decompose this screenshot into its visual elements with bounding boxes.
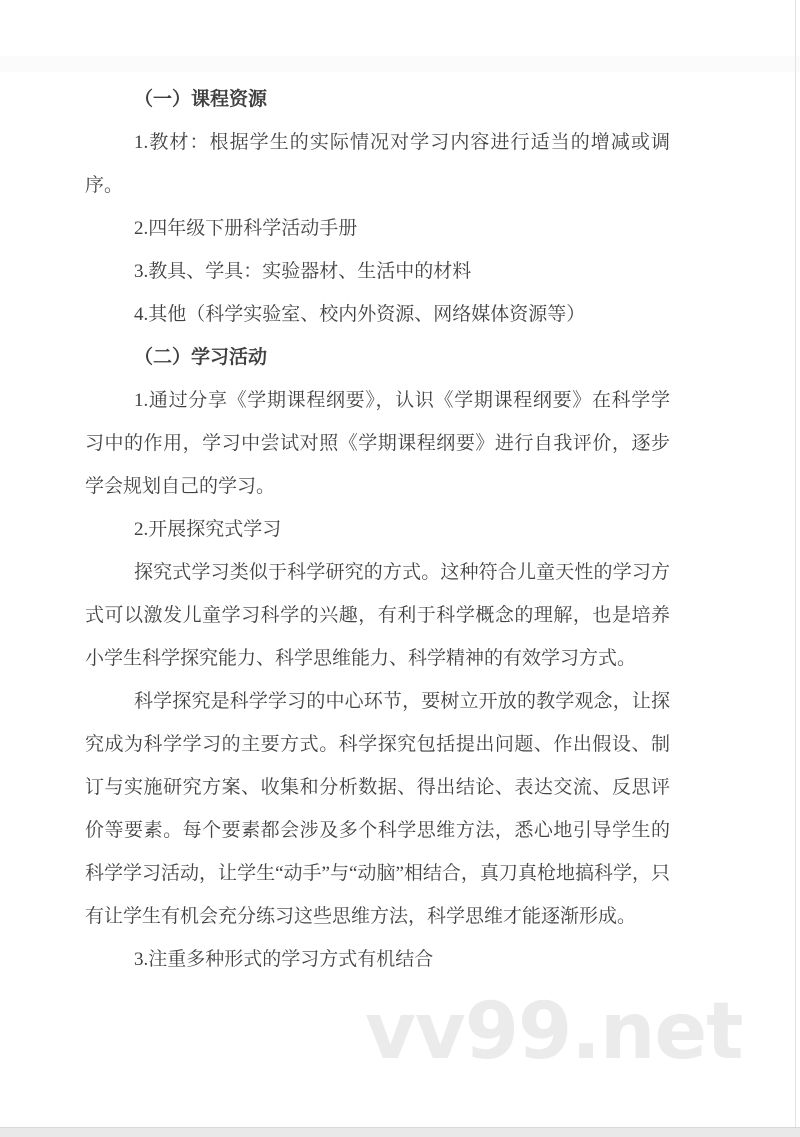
text-line: 4.其他（科学实验室、校内外资源、网络媒体资源等） xyxy=(85,293,670,336)
text-line: 探究式学习类似于科学研究的方式。这种符合儿童天性的学习方 xyxy=(85,551,670,594)
document-page: （一）课程资源1.教材：根据学生的实际情况对学习内容进行适当的增减或调序。2.四… xyxy=(0,0,800,1137)
text-line: 价等要素。每个要素都会涉及多个科学思维方法，悉心地引导学生的 xyxy=(85,809,670,852)
text-line: 小学生科学探究能力、科学思维能力、科学精神的有效学习方式。 xyxy=(85,637,670,680)
watermark-text: vv99.net xyxy=(365,993,743,1071)
text-line: 3.注重多种形式的学习方式有机结合 xyxy=(85,938,670,981)
text-line: 2.开展探究式学习 xyxy=(85,508,670,551)
document-body: （一）课程资源1.教材：根据学生的实际情况对学习内容进行适当的增减或调序。2.四… xyxy=(85,78,670,981)
text-line: 有让学生有机会充分练习这些思维方法，科学思维才能逐渐形成。 xyxy=(85,895,670,938)
text-line: 学会规划自己的学习。 xyxy=(85,465,670,508)
text-line: 科学学习活动，让学生“动手”与“动脑”相结合，真刀真枪地搞科学，只 xyxy=(85,852,670,895)
text-line: 订与实施研究方案、收集和分析数据、得出结论、表达交流、反思评 xyxy=(85,766,670,809)
scan-stripe xyxy=(0,56,800,72)
section-heading: （一）课程资源 xyxy=(85,78,670,121)
viewer-bottom-band xyxy=(0,1127,800,1137)
text-line: 究成为科学学习的主要方式。科学探究包括提出问题、作出假设、制 xyxy=(85,723,670,766)
text-line: 式可以激发儿童学习科学的兴趣，有利于科学概念的理解，也是培养 xyxy=(85,594,670,637)
text-line: 习中的作用，学习中尝试对照《学期课程纲要》进行自我评价，逐步 xyxy=(85,422,670,465)
text-line: 3.教具、学具：实验器材、生活中的材料 xyxy=(85,250,670,293)
text-line: 科学探究是科学学习的中心环节，要树立开放的教学观念，让探 xyxy=(85,680,670,723)
section-heading: （二）学习活动 xyxy=(85,336,670,379)
page-right-edge xyxy=(795,0,796,1128)
text-line: 1.教材：根据学生的实际情况对学习内容进行适当的增减或调 xyxy=(85,121,670,164)
text-line: 序。 xyxy=(85,164,670,207)
text-line: 2.四年级下册科学活动手册 xyxy=(85,207,670,250)
text-line: 1.通过分享《学期课程纲要》，认识《学期课程纲要》在科学学 xyxy=(85,379,670,422)
